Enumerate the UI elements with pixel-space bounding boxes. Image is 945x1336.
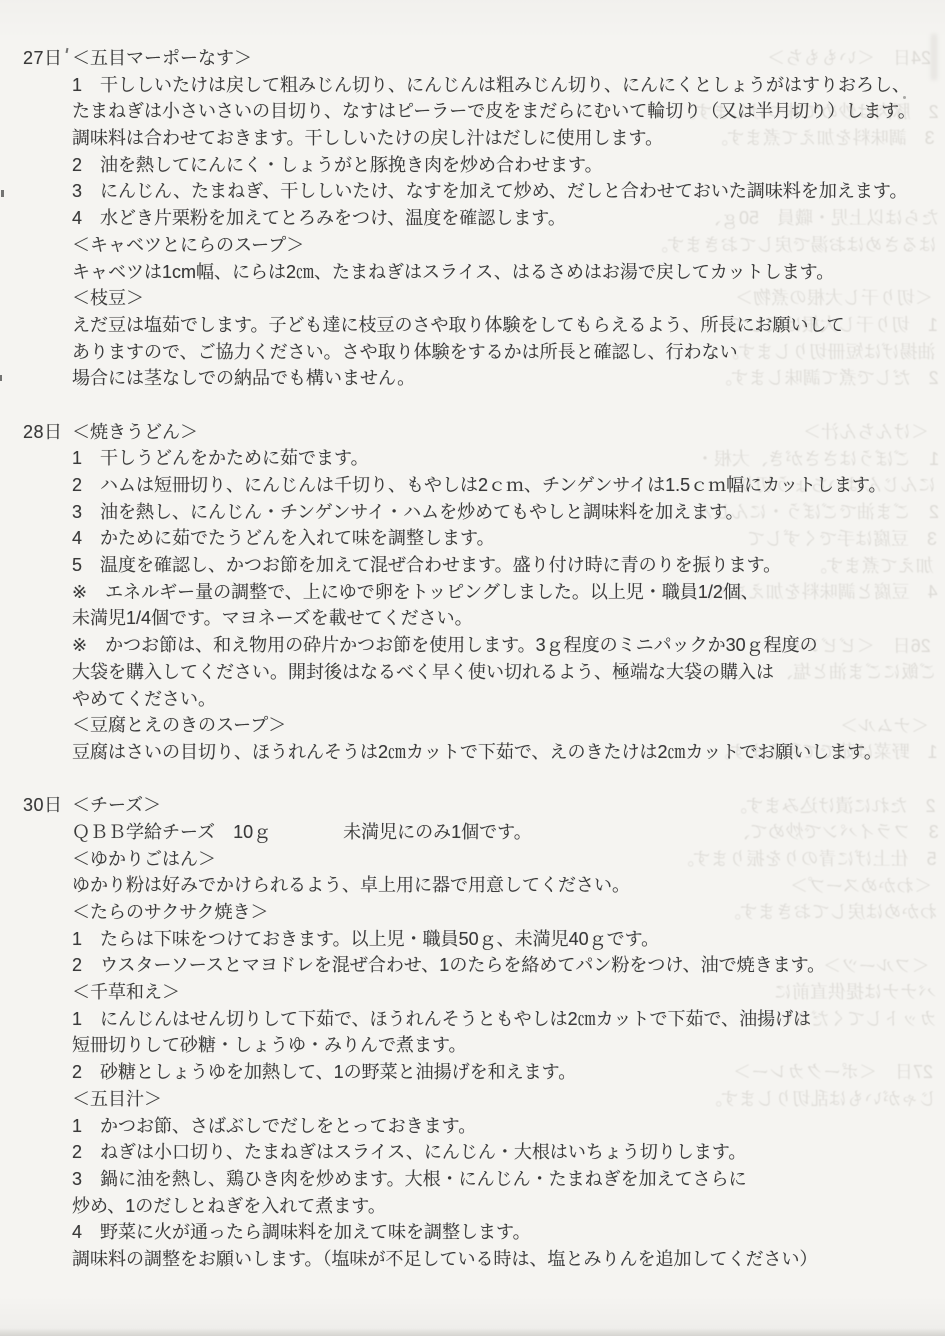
day-section: 27日＜五目マーポーなす＞1 干ししいたけは戻して粗みじん切り、にんじんは粗みじ… (23, 45, 945, 392)
dish-title-line: ＜ゆかりごはん＞ (72, 846, 945, 873)
dish-title-line: ＜たらのサクサク焼き＞ (72, 899, 945, 926)
recipe-text-line: えだ豆は塩茹でします。子ども達に枝豆のさや取り体験をしてもらえるよう、所長にお願… (72, 312, 945, 339)
recipe-text-line: ＱＢＢ学給チーズ 10ｇ 未満児にのみ1個です。 (72, 819, 945, 846)
scan-speck (903, 96, 906, 99)
recipe-text-line: ※ エネルギー量の調整で、上にゆで卵をトッピングしました。以上児・職員1/2個、 (72, 579, 945, 606)
day-lines: ＜チーズ＞ＱＢＢ学給チーズ 10ｇ 未満児にのみ1個です。＜ゆかりごはん＞ゆかり… (72, 792, 945, 1272)
recipe-text-line: 未満児1/4個です。マヨネーズを載せてください。 (72, 605, 945, 632)
recipe-text-line: 1 干しうどんをかために茹でます。 (72, 445, 945, 472)
recipe-text-line: 場合には茎なしでの納品でも構いません。 (72, 365, 945, 392)
dish-title-line: ＜チーズ＞ (72, 792, 945, 819)
recipe-text-line: 4 野菜に火が通ったら調味料を加えて味を調整します。 (72, 1219, 945, 1246)
scanned-document-page: 24日 ＜いももち＞2 豚肉は炒めて味つけします。3 調味料を加えて煮ます。たら… (0, 0, 945, 1336)
recipe-text-line: 3 鍋に油を熱し、鶏ひき肉を炒めます。大根・にんじん・たまねぎを加えてさらに (72, 1166, 945, 1193)
day-label: 27日 (23, 45, 63, 72)
recipe-text-line: 豆腐はさいの目切り、ほうれんそうは2㎝カットで下茹で、えのきたけは2㎝カットでお… (72, 739, 945, 766)
recipe-text-line: たまねぎは小さいさいの目切り、なすはピーラーで皮をまだらにむいて輪切り（又は半月… (72, 98, 945, 125)
day-section: 30日＜チーズ＞ＱＢＢ学給チーズ 10ｇ 未満児にのみ1個です。＜ゆかりごはん＞… (23, 792, 945, 1272)
dish-title-line: ＜五目マーポーなす＞ (72, 45, 945, 72)
recipe-text-line: 調味料の調整をお願いします。（塩味が不足している時は、塩とみりんを追加してくださ… (72, 1246, 945, 1273)
dish-title-line: ＜焼きうどん＞ (72, 419, 945, 446)
recipe-text-line: 4 かために茹でたうどんを入れて味を調整します。 (72, 525, 945, 552)
recipe-text-line: 5 温度を確認し、かつお節を加えて混ぜ合わせます。盛り付け時に青のりを振ります。 (72, 552, 945, 579)
recipe-text-line: 2 ねぎは小口切り、たまねぎはスライス、にんじん・大根はいちょう切りします。 (72, 1139, 945, 1166)
dish-title-line: ＜千草和え＞ (72, 979, 945, 1006)
recipe-text-line: 2 ハムは短冊切り、にんじんは千切り、もやしは2ｃｍ、チンゲンサイは1.5ｃｍ幅… (72, 472, 945, 499)
recipe-text-line: 1 にんじんはせん切りして下茹で、ほうれんそうともやしは2㎝カットで下茹で、油揚… (72, 1006, 945, 1033)
recipe-text-line: 2 油を熱してにんにく・しょうがと豚挽き肉を炒め合わせます。 (72, 152, 945, 179)
scan-speck (0, 375, 2, 381)
recipe-text-line: 大袋を購入してください。開封後はなるべく早く使い切れるよう、極端な大袋の購入は (72, 659, 945, 686)
dish-title-line: ＜豆腐とえのきのスープ＞ (72, 712, 945, 739)
dish-title-line: ＜枝豆＞ (72, 285, 945, 312)
recipe-text-line: ゆかり粉は好みでかけられるよう、卓上用に器で用意してください。 (72, 872, 945, 899)
dish-title-line: ＜五目汁＞ (72, 1086, 945, 1113)
recipe-text-line: やめてください。 (72, 686, 945, 713)
recipe-text-line: 4 水どき片栗粉を加えてとろみをつけ、温度を確認します。 (72, 205, 945, 232)
recipe-text-line: 調味料は合わせておきます。干ししいたけの戻し汁はだしに使用します。 (72, 125, 945, 152)
recipe-text-line: 2 砂糖としょうゆを加熱して、1の野菜と油揚げを和えます。 (72, 1059, 945, 1086)
recipe-text-line: 1 たらは下味をつけておきます。以上児・職員50ｇ、未満児40ｇです。 (72, 926, 945, 953)
document-content: 27日＜五目マーポーなす＞1 干ししいたけは戻して粗みじん切り、にんじんは粗みじ… (23, 45, 945, 1273)
section-gap (23, 392, 945, 419)
recipe-text-line: ありますので、ご協力ください。さや取り体験をするかは所長と確認し、行わない (72, 339, 945, 366)
day-label: 30日 (23, 792, 63, 819)
recipe-text-line: キャベツは1cm幅、にらは2㎝、たまねぎはスライス、はるさめはお湯で戻してカット… (72, 259, 945, 286)
recipe-text-line: 炒め、1のだしとねぎを入れて煮ます。 (72, 1193, 945, 1220)
dish-title-line: ＜キャベツとにらのスープ＞ (72, 232, 945, 259)
recipe-text-line: 短冊切りして砂糖・しょうゆ・みりんで煮ます。 (72, 1032, 945, 1059)
day-lines: ＜焼きうどん＞1 干しうどんをかために茹でます。2 ハムは短冊切り、にんじんは千… (72, 419, 945, 766)
recipe-text-line: 3 にんじん、たまねぎ、干ししいたけ、なすを加えて炒め、だしと合わせておいた調味… (72, 178, 945, 205)
recipe-text-line: 1 かつお節、さばぶしでだしをとっておきます。 (72, 1113, 945, 1140)
scan-speck (1, 190, 4, 197)
section-gap (23, 766, 945, 793)
recipe-text-line: 1 干ししいたけは戻して粗みじん切り、にんじんは粗みじん切り、にんにくとしょうが… (72, 72, 945, 99)
recipe-text-line: 3 油を熱し、にんじん・チンゲンサイ・ハムを炒めてもやしと調味料を加えます。 (72, 499, 945, 526)
recipe-text-line: 2 ウスターソースとマヨドレを混ぜ合わせ、1のたらを絡めてパン粉をつけ、油で焼き… (72, 952, 945, 979)
day-section: 28日＜焼きうどん＞1 干しうどんをかために茹でます。2 ハムは短冊切り、にんじ… (23, 419, 945, 766)
scan-bottom-edge (0, 1328, 945, 1336)
recipe-text-line: ※ かつお節は、和え物用の砕片かつお節を使用します。3ｇ程度のミニパックか30ｇ… (72, 632, 945, 659)
day-lines: ＜五目マーポーなす＞1 干ししいたけは戻して粗みじん切り、にんじんは粗みじん切り… (72, 45, 945, 392)
day-label: 28日 (23, 419, 63, 446)
